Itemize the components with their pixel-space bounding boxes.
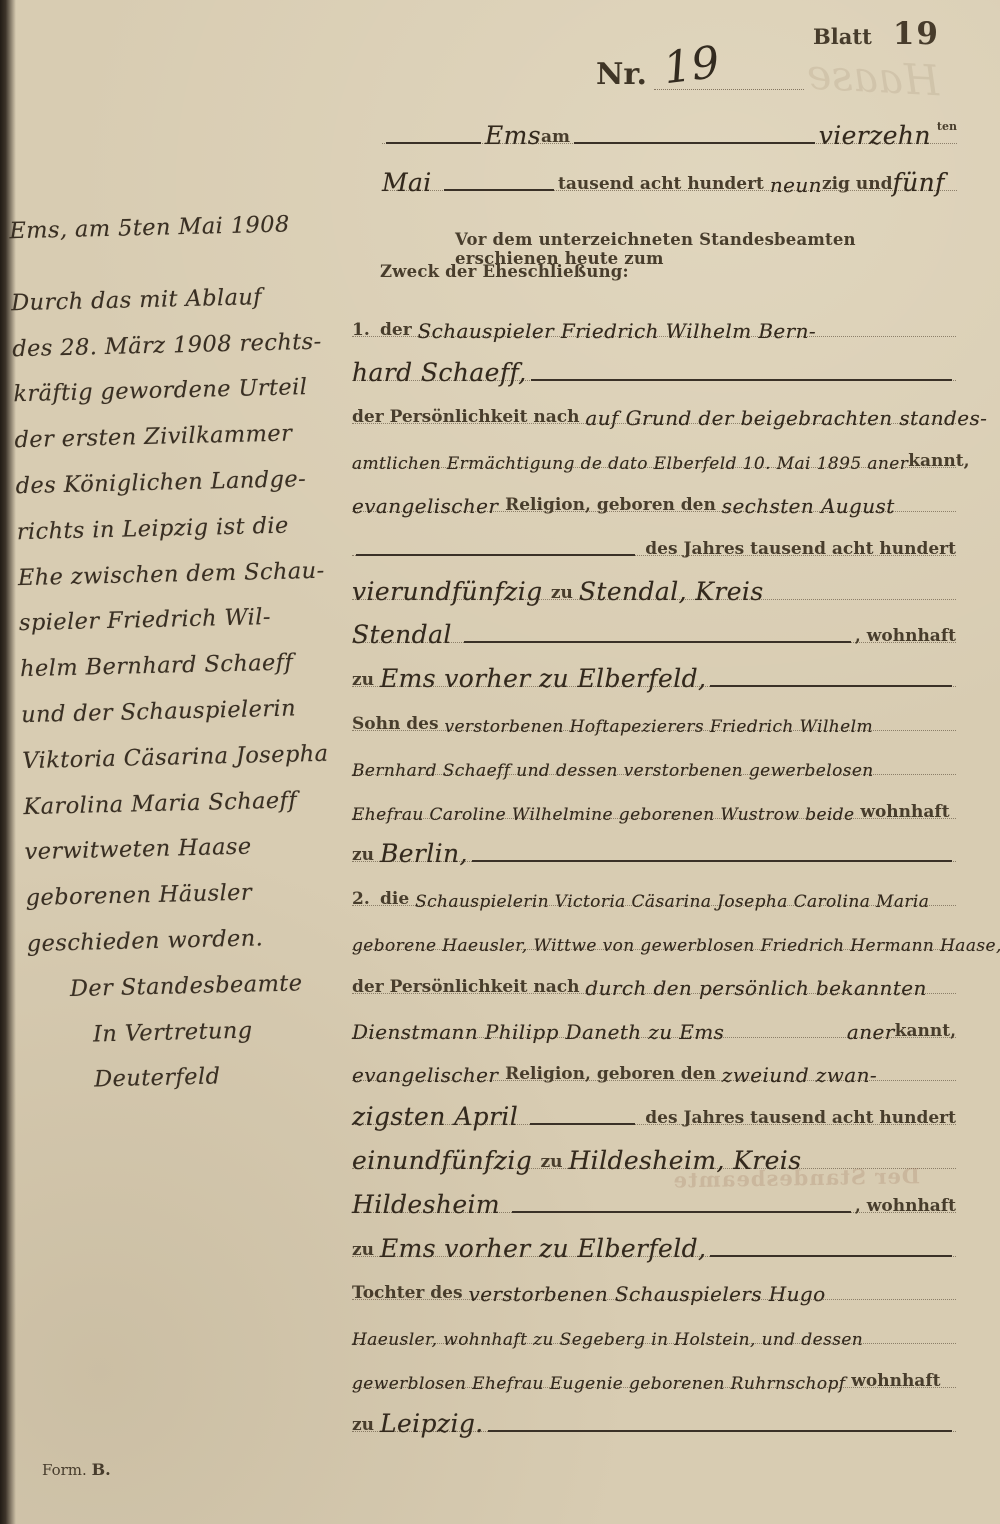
margin-line: geschieden worden. [27,923,368,977]
printed-text: zu [352,670,380,694]
form-line: evangelischer Religion, geboren den zwei… [352,1045,956,1089]
handwritten-text: geborene Haeusler, Wittwe von gewerblose… [352,936,1000,957]
fill-rule [710,1255,952,1257]
date-header-lines: EmsamvierzehntenMai tausend acht hundert… [382,104,957,198]
margin-line: des Königlichen Landge- [15,465,356,519]
form-line: evangelischer Religion, geboren den sech… [352,475,956,519]
handwritten-text: Bernhard Schaeff und dessen verstorbenen… [352,761,874,782]
printed-text: des Jahres tausend acht hundert [639,1108,956,1132]
form-letter: B. [92,1460,111,1479]
form-label: Form. [42,1461,87,1479]
handwritten-text: Dienstmann Philipp Daneth zu Ems [352,1020,731,1045]
margin-line: richts in Leipzig ist die [16,511,357,565]
printed-text: wohnhaft [851,1371,940,1395]
margin-annotation: Ems, am 5ten Mai 1908Durch das mit Ablau… [9,210,371,1114]
printed-text: kannt, [895,1021,956,1045]
form-line: Stendal , wohnhaft [352,607,956,651]
handwritten-text: Schauspielerin Victoria Cäsarina Josepha… [415,892,929,913]
margin-line: der ersten Zivilkammer [14,419,355,473]
handwritten-text: sechsten August [722,494,895,519]
printed-text: kannt, [908,451,969,475]
form-line: vierundfünfzig zu Stendal, Kreis [352,563,956,607]
printed-text: des Jahres tausend acht hundert [639,539,956,563]
blatt-label: Blatt [813,24,872,49]
form-line: 1.der Schauspieler Friedrich Wilhelm Ber… [352,300,956,344]
printed-text: Religion, geboren den [505,1064,722,1088]
handwritten-text: verstorbenen Hoftapezierers Friedrich Wi… [444,717,873,738]
fill-rule [488,1430,952,1432]
fill-rule [472,860,952,862]
handwritten-text: Schauspieler Friedrich Wilhelm Bern- [418,319,816,344]
handwritten-text: Hildesheim, Kreis [568,1146,801,1176]
margin-line: Viktoria Cäsarina Josepha [22,740,363,794]
handwritten-text: durch den persönlich bekannten [585,976,926,1001]
form-line: Tochter des verstorbenen Schauspielers H… [352,1264,956,1308]
handwritten-text: amtlichen Ermächtigung de dato Elberfeld… [352,454,908,475]
handwritten-text: gewerblosen Ehefrau Eugenie geborenen Ru… [352,1374,851,1395]
printed-text: Tochter des [352,1283,469,1307]
form-line: der Persönlichkeit nach auf Grund der be… [352,388,956,432]
margin-line: des 28. März 1908 rechts- [12,328,353,382]
form-line: Bernhard Schaeff und dessen verstorbenen… [352,738,956,782]
handwritten-text: Leipzig. [380,1409,484,1439]
printed-text: zu [352,845,380,869]
form-line: Emsamvierzehnten [382,104,957,151]
form-line: Mai tausend acht hundert neunzig undfünf [382,151,957,198]
fill-rule [464,641,851,643]
printed-text: Religion, geboren den [505,495,722,519]
nr-label: Nr. [596,57,647,92]
handwritten-text: Ems [485,121,541,151]
fill-rule [574,142,815,144]
line-number: 1. [352,320,380,344]
form-line: zu Ems vorher zu Elberfeld, [352,1220,956,1264]
printed-text: wohnhaft [860,802,949,826]
handwritten-text: Ehefrau Caroline Wilhelmine geborenen Wu… [352,805,860,826]
margin-line: geborenen Häusler [25,877,366,931]
printed-text: am [541,127,570,151]
margin-line: spieler Friedrich Wil- [19,602,360,656]
blatt-number: 19 [893,16,940,52]
form-line: amtlichen Ermächtigung de dato Elberfeld… [352,431,956,475]
fill-rule [531,379,952,381]
handwritten-text: Stendal, Kreis [579,577,764,607]
form-line: Ehefrau Caroline Wilhelmine geborenen Wu… [352,782,956,826]
form-line: des Jahres tausend acht hundert [352,519,956,563]
fill-rule [386,142,481,144]
handwritten-text: zigsten April [352,1102,526,1132]
record-number-block: Nr. 19 [596,44,804,90]
printed-text: der Persönlichkeit nach [352,977,585,1001]
printed-text: tausend acht hundert [558,174,770,198]
handwritten-text: auf Grund der beigebrachten standes- [585,406,987,431]
form-line: Sohn des verstorbenen Hoftapezierers Fri… [352,694,956,738]
printed-text: , wohnhaft [855,1196,956,1220]
form-line: der Persönlichkeit nach durch den persön… [352,957,956,1001]
superscript-suffix: ten [931,104,957,133]
printed-text: zig und [822,174,893,198]
printed-text: , wohnhaft [855,626,956,650]
fill-rule [356,554,635,556]
margin-line: Karolina Maria Schaeff [23,785,364,839]
handwritten-text: Ems vorher zu Elberfeld, [380,664,706,694]
handwritten-text: zweiund zwan- [722,1063,877,1088]
handwritten-text: Mai [382,168,440,198]
printed-text: zu [352,1240,380,1264]
handwritten-text: verstorbenen Schauspielers Hugo [469,1282,826,1307]
sheet-number-block: Blatt 19 [813,16,940,52]
handwritten-text: neun [770,173,822,198]
fill-rule [512,1211,851,1213]
intro-line-2: Zweck der Eheschließung: [380,262,780,281]
form-line: hard Schaeff, [352,344,956,388]
margin-line: In Vertretung [29,1014,370,1068]
printed-text: der [380,320,418,344]
margin-line: Durch das mit Ablauf [11,282,352,336]
handwritten-text: vierundfünfzig [352,577,551,607]
form-line: geborene Haeusler, Wittwe von gewerblose… [352,913,956,957]
form-line: Dienstmann Philipp Daneth zu Ems anerkan… [352,1001,956,1045]
fill-rule [530,1123,635,1125]
printed-text: zu [551,583,579,607]
register-page: Haase Blatt 19 Nr. 19 EmsamvierzehntenMa… [0,0,1000,1524]
margin-line: Deuterfeld [30,1060,371,1114]
margin-line: Ehe zwischen dem Schau- [18,556,359,610]
margin-line: Der Standesbeamte [28,969,369,1023]
printed-text: zu [541,1152,569,1176]
handwritten-text: evangelischer [352,494,505,519]
form-column: 1.der Schauspieler Friedrich Wilhelm Ber… [352,300,956,1439]
printed-text: die [380,889,415,913]
form-line: gewerblosen Ehefrau Eugenie geborenen Ru… [352,1351,956,1395]
form-designation: Form. B. [42,1460,111,1479]
form-line: Haeusler, wohnhaft zu Segeberg in Holste… [352,1307,956,1351]
margin-line: verwitweten Haase [24,831,365,885]
handwritten-text: Ems vorher zu Elberfeld, [380,1234,706,1264]
printed-text: der Persönlichkeit nach [352,407,585,431]
handwritten-text: fünf [892,168,944,198]
line-number: 2. [352,889,380,913]
handwritten-text: Berlin, [380,839,468,869]
handwritten-text: Hildesheim [352,1190,508,1220]
handwritten-text: Stendal [352,620,460,650]
handwritten-text: einundfünfzig [352,1146,541,1176]
margin-line: helm Bernhard Schaeff [20,648,361,702]
margin-line: Ems, am 5ten Mai 1908 [9,210,350,264]
handwritten-text: Haeusler, wohnhaft zu Segeberg in Holste… [352,1330,863,1351]
printed-text: Sohn des [352,714,444,738]
form-line: zigsten April des Jahres tausend acht hu… [352,1088,956,1132]
form-line: zu Leipzig. [352,1395,956,1439]
handwritten-text: aner [847,1020,895,1045]
handwritten-text: evangelischer [352,1063,505,1088]
handwritten-text: vierzehn [819,121,931,151]
form-line: zu Ems vorher zu Elberfeld, [352,650,956,694]
fill-rule [710,685,952,687]
margin-line: und der Schauspielerin [21,694,362,748]
fill-rule [444,189,554,191]
margin-line: kräftig gewordene Urteil [13,373,354,427]
nr-value: 19 [661,37,723,94]
form-line: zu Berlin, [352,826,956,870]
handwritten-text: hard Schaeff, [352,358,527,388]
form-line: 2.die Schauspielerin Victoria Cäsarina J… [352,869,956,913]
printed-text: zu [352,1415,380,1439]
